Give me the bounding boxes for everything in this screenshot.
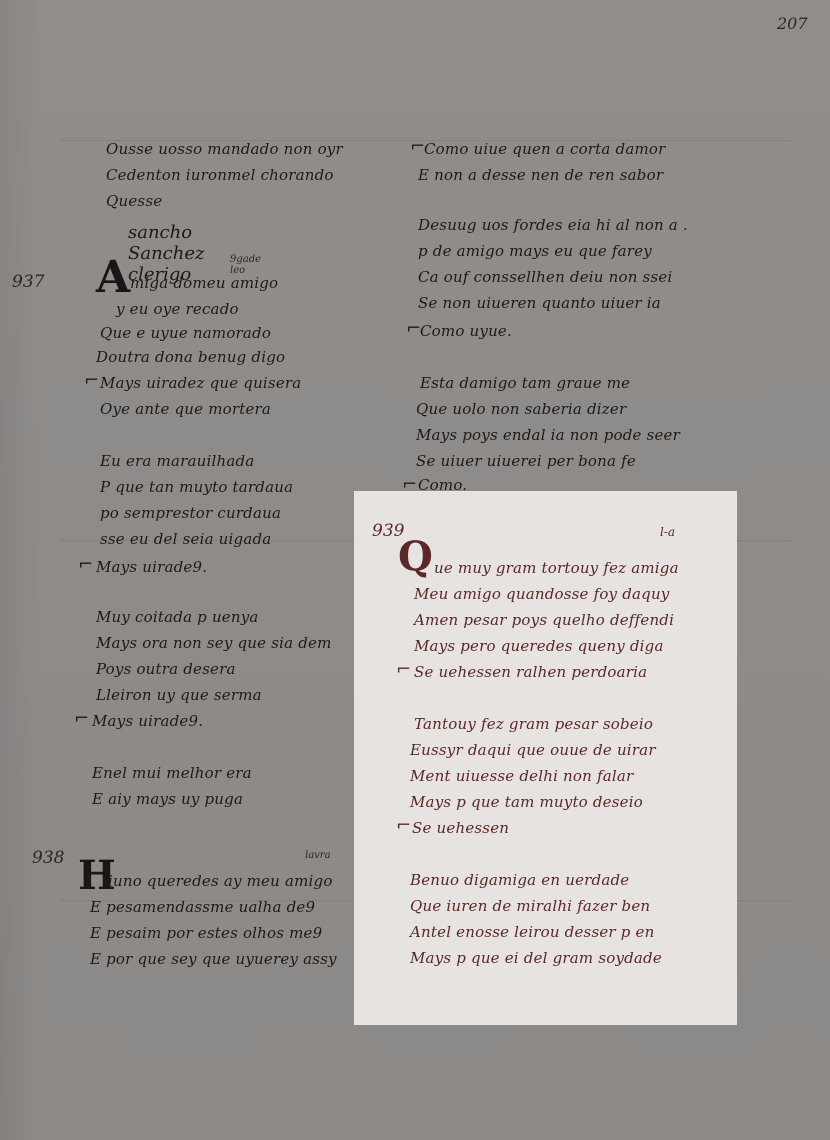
refrain-marker: ⌐ [78,554,93,575]
verse-line: Enel mui melhor era [92,764,252,782]
verse-line: sse eu del seia uigada [100,530,271,548]
annotation: l-a [660,525,675,539]
verse-line: Benuo digamiga en uerdade [410,871,629,889]
verse-line: Esta damigo tam graue me [420,374,630,392]
poem-number: 937 [12,272,44,292]
verse-line: iuno queredes ay meu amigo [108,872,333,890]
verse-line: Se non uiueren quanto uiuer ia [418,294,661,312]
verse-line: Se uehessen ralhen perdoaria [414,663,647,681]
verse-line: Antel enosse leirou desser p en [410,923,654,941]
verse-line: Poys outra desera [96,660,236,678]
verse-line: Lleiron uy que serma [96,686,262,704]
manuscript-page: 207 Ousse uosso mandado non oyr Cedenton… [0,0,830,1140]
verse-line: Como uyue. [420,322,512,340]
verse-line: Cedenton iuronmel chorando [106,166,334,184]
verse-line: Como uiue quen a corta damor [424,140,665,158]
verse-line: E non a desse nen de ren sabor [418,166,663,184]
refrain-marker: ⌐ [406,318,421,339]
annotation: 9gade leo [230,254,261,276]
highlighted-region: 939 l-a Q ue muy gram tortouy fez amiga … [354,491,737,1025]
verse-line: Oye ante que mortera [100,400,271,418]
verse-line: Muy coitada p uenya [96,608,259,626]
decorated-initial: A [96,252,130,303]
verse-line: Ment uiuesse delhi non falar [410,767,633,785]
verse-line: Eu era marauilhada [100,452,254,470]
verse-line: po semprestor curdaua [100,504,281,522]
verse-line: Desuug uos fordes eia hi al non a . [418,216,688,234]
refrain-marker: ⌐ [396,659,411,680]
poem-number: 938 [32,848,64,868]
verse-line: Que iuren de miralhi fazer ben [410,897,650,915]
verse-line: Mays pero queredes queny diga [414,637,664,655]
verse-line: Ca ouf conssellhen deiu non ssei [418,268,672,286]
verse-line: miga domeu amigo [130,274,278,292]
verse-line: E pesaim por estes olhos me9 [90,924,322,942]
verse-line: ue muy gram tortouy fez amiga [434,559,679,577]
verse-line: Doutra dona benug digo [96,348,285,366]
verse-line: Se uehessen [412,819,509,837]
verse-line: Eussyr daqui que ouue de uirar [410,741,656,759]
verse-line: Mays uirade9. [96,558,207,576]
verse-line: E aiy mays uy puga [92,790,243,808]
verse-line: Que e uyue namorado [100,324,271,342]
verse-line: Mays p que tam muyto deseio [410,793,643,811]
refrain-marker: ⌐ [74,708,89,729]
verse-line: Mays ora non sey que sia dem [96,634,332,652]
verse-line: Ousse uosso mandado non oyr [106,140,343,158]
verse-line: E pesamendassme ualha de9 [90,898,315,916]
decorated-initial: Q [398,533,433,580]
verse-line: p de amigo mays eu que farey [418,242,652,260]
verse-line: y eu oye recado [116,300,239,318]
folio-number: 207 [777,14,808,33]
verse-line: E por que sey que uyuerey assy [90,950,337,968]
verse-line: Meu amigo quandosse foy daquy [414,585,669,603]
verse-line: Mays uiradez que quisera [100,374,301,392]
verse-line: Mays poys endal ia non pode seer [416,426,680,444]
refrain-marker: ⌐ [410,136,425,157]
refrain-marker: ⌐ [84,370,99,391]
verse-line: Mays p que ei del gram soydade [410,949,662,967]
verse-line: Se uiuer uiuerei per bona fe [416,452,636,470]
refrain-marker: ⌐ [396,815,411,836]
verse-line: P que tan muyto tardaua [100,478,293,496]
verse-line: Tantouy fez gram pesar sobeio [414,715,653,733]
verse-line: Amen pesar poys quelho deffendi [414,611,674,629]
verse-line: Que uolo non saberia dizer [416,400,626,418]
annotation: lavra [305,850,331,861]
verse-line: Quesse [106,192,162,210]
verse-line: Mays uirade9. [92,712,203,730]
